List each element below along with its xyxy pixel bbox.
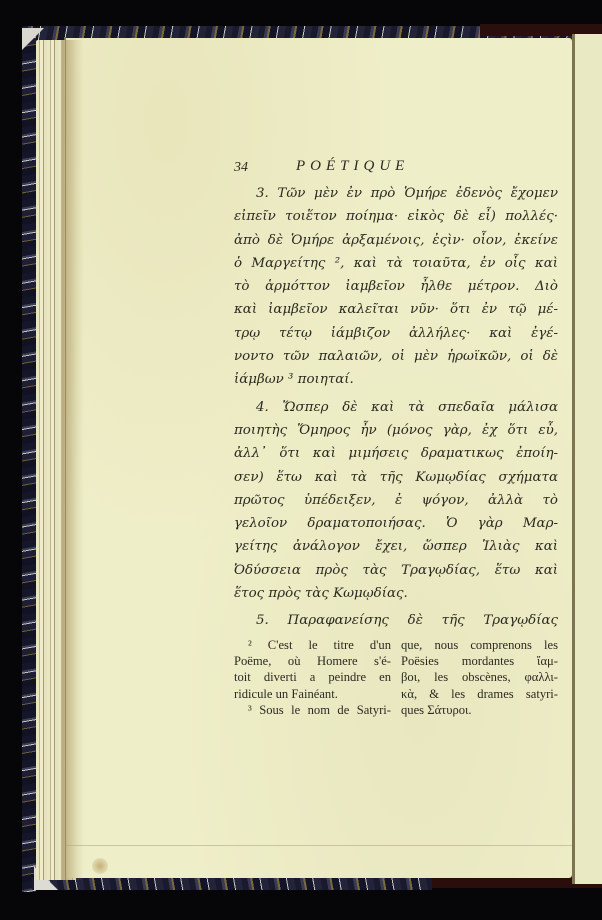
marbled-binding-bottom	[32, 878, 432, 890]
footnote-line: ² C'est le titre d'un	[234, 637, 391, 653]
text-block: 34 POÉTIQUE 3. Τῶν μὲν ἐν πρὸ Ὁμήρε ἐδεν…	[234, 158, 558, 719]
footnote-line: que, nous comprenons les	[401, 637, 558, 653]
footnote-line: ques Σάτυροι.	[401, 702, 558, 718]
text-line: 3. Τῶν μὲν ἐν πρὸ Ὁμήρε ἐδενὸς ἔχομεν	[234, 182, 558, 205]
page-edge-shadow	[62, 40, 84, 880]
footnote-line: βοι, les obscènes, φαλλι-	[401, 669, 558, 685]
text-line: γελοῖον δραματοποιήσας. Ὁ γὰρ Μαρ-	[234, 512, 558, 535]
text-line: τρῳ τέτῳ ἰάμβιζον ἀλλήλες· καὶ ἐγέ-	[234, 322, 558, 345]
facing-page	[575, 34, 602, 884]
text-line: νοντο τῶν παλαιῶν, οἱ μὲν ἡρωϊκῶν, οἱ δὲ	[234, 345, 558, 368]
text-line: πρῶτος ὑπέδειξεν, ἐ ψόγον, ἀλλὰ τὸ	[234, 489, 558, 512]
page-number: 34	[234, 160, 248, 176]
page-fold-line	[66, 845, 572, 846]
text-line: ποιητὴς Ὅμηρος ἦν (μόνος γὰρ, ἐχ ὅτι εὖ,	[234, 419, 558, 442]
text-line: σεν) ἕτω καὶ τὰ τῆς Κωμῳδίας σχήματα	[234, 466, 558, 489]
footnote-line: Poësies mordantes ἴαμ-	[401, 653, 558, 669]
text-line: 5. Παραφανείσης δὲ τῆς Τραγῳδίας	[234, 609, 558, 632]
footnote-line: toit diverti a peindre en	[234, 669, 391, 685]
footnote-line: Poëme, où Homere s'é-	[234, 653, 391, 669]
scan-scene: 34 POÉTIQUE 3. Τῶν μὲν ἐν πρὸ Ὁμήρε ἐδεν…	[0, 0, 602, 920]
footnote-line: ³ Sous le nom de Satyri-	[234, 702, 391, 718]
text-line: 4. Ὥσπερ δὲ καὶ τὰ σπεδαῖα μάλισα	[234, 396, 558, 419]
paragraph-3: 3. Τῶν μὲν ἐν πρὸ Ὁμήρε ἐδενὸς ἔχομεν εἰ…	[234, 182, 558, 392]
text-line: ἕτος πρὸς τὰς Κωμῳδίας.	[234, 582, 558, 605]
text-line: Ὀδύσσεια πρὸς τὰς Τραγῳδίας, ἕτω καὶ	[234, 559, 558, 582]
footnote-line: κὰ, & les drames satyri-	[401, 686, 558, 702]
text-line: ἀλλ᾽ ὅτι καὶ μιμήσεις δραματικως ἐποίη-	[234, 442, 558, 465]
text-line: τὸ ἁρμόττον ἰαμβεῖον ἦλθε μέτρον. Διὸ	[234, 275, 558, 298]
text-line: γείτης ἀνάλογον ἔχει, ὥσπερ Ἰλιὰς καὶ	[234, 535, 558, 558]
marbled-binding-left	[22, 30, 36, 892]
running-head-title: POÉTIQUE	[296, 158, 409, 175]
text-line: καὶ ἰαμβεῖον καλεῖται νῦν· ὅτι ἐν τῷ μέ-	[234, 298, 558, 321]
text-line: ὁ Μαργείτης ², καὶ τὰ τοιαῦτα, ἐν οἷς κα…	[234, 252, 558, 275]
footnote-line: ridicule un Fainéant.	[234, 686, 391, 702]
footnotes: ² C'est le titre d'un Poëme, où Homere s…	[234, 637, 558, 719]
paper-stain	[92, 858, 108, 874]
text-line: εἰπεῖν τοιἕτον ποίημα· εἰκὸς δὲ εἶ) πολλ…	[234, 205, 558, 228]
greek-text: 3. Τῶν μὲν ἐν πρὸ Ὁμήρε ἐδενὸς ἔχομεν εἰ…	[234, 182, 558, 633]
paragraph-4: 4. Ὥσπερ δὲ καὶ τὰ σπεδαῖα μάλισα ποιητὴ…	[234, 396, 558, 606]
footnotes-right-column: que, nous comprenons les Poësies mordant…	[401, 637, 558, 719]
footnotes-left-column: ² C'est le titre d'un Poëme, où Homere s…	[234, 637, 391, 719]
paragraph-5: 5. Παραφανείσης δὲ τῆς Τραγῳδίας	[234, 609, 558, 632]
running-head: 34 POÉTIQUE	[234, 158, 558, 178]
text-line: ἀπὸ δὲ Ὁμήρε ἀρξαμένοις, ἐςὶν· οἷον, ἐκε…	[234, 229, 558, 252]
text-line: ἰάμβων ³ ποιηταί.	[234, 368, 558, 391]
